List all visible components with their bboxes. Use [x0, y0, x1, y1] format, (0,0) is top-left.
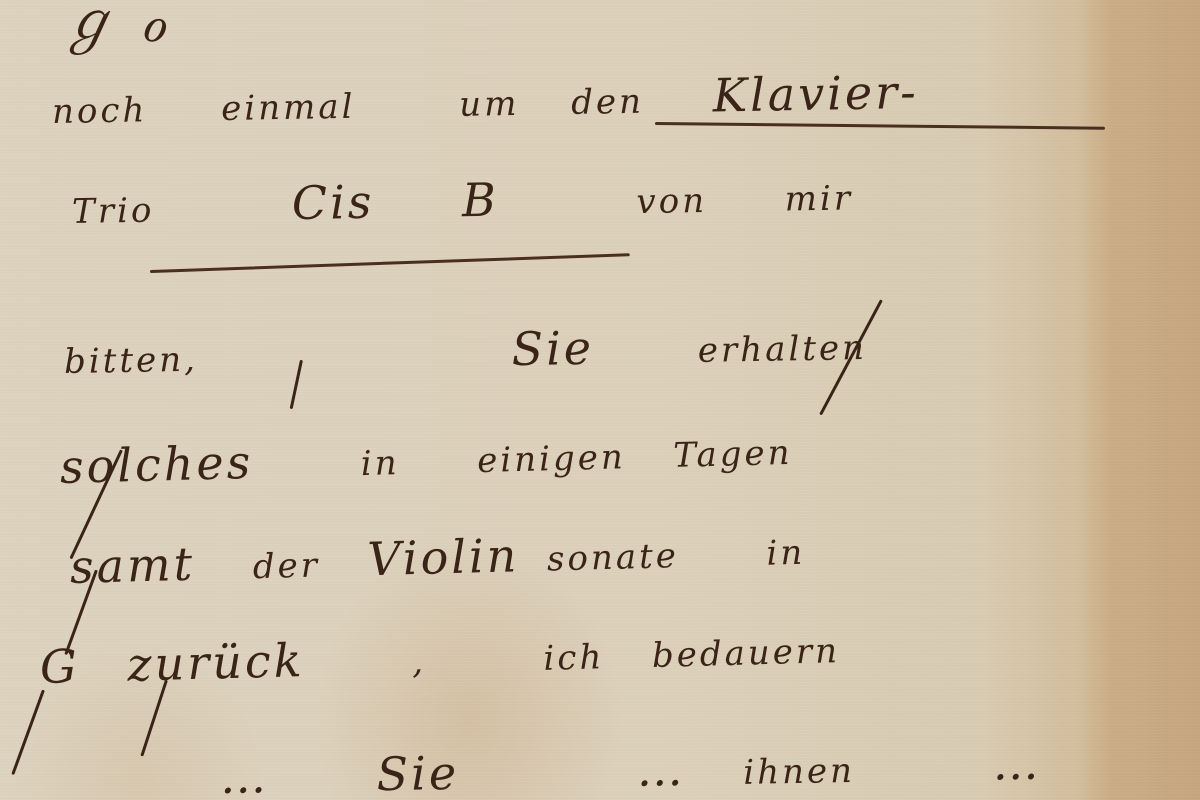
word: in [360, 443, 400, 484]
word: … [636, 742, 686, 797]
word: bitten, [64, 340, 198, 382]
word: solches [59, 435, 254, 494]
word: Violin [367, 528, 520, 586]
handwritten-line-0: ℊ ℴ [60, 0, 169, 58]
word: , [412, 642, 427, 682]
paper-fold-stain [1080, 0, 1150, 800]
word: Cis [291, 175, 374, 230]
word: zurück [127, 633, 305, 692]
word: ihnen [743, 751, 855, 793]
word: erhalten [698, 328, 868, 371]
word: mir [784, 178, 853, 219]
word: … [992, 736, 1042, 791]
word: Sie [511, 321, 594, 376]
word: … [220, 749, 270, 800]
word: von [636, 181, 707, 222]
word: Sie [376, 746, 459, 800]
word: G [39, 639, 80, 694]
word: B [462, 173, 500, 228]
word: Klavier- [712, 65, 919, 123]
word: bedauern [651, 631, 840, 676]
word: Trio [72, 191, 155, 232]
word: einmal [221, 87, 356, 129]
word: ich [543, 637, 605, 679]
word: in [766, 533, 806, 574]
word: Tagen [673, 433, 793, 476]
word: sonate [546, 536, 679, 579]
word: noch [52, 90, 148, 132]
word: den [571, 82, 644, 123]
word: um [459, 84, 520, 125]
word: der [252, 545, 320, 587]
word: einigen [477, 437, 627, 481]
